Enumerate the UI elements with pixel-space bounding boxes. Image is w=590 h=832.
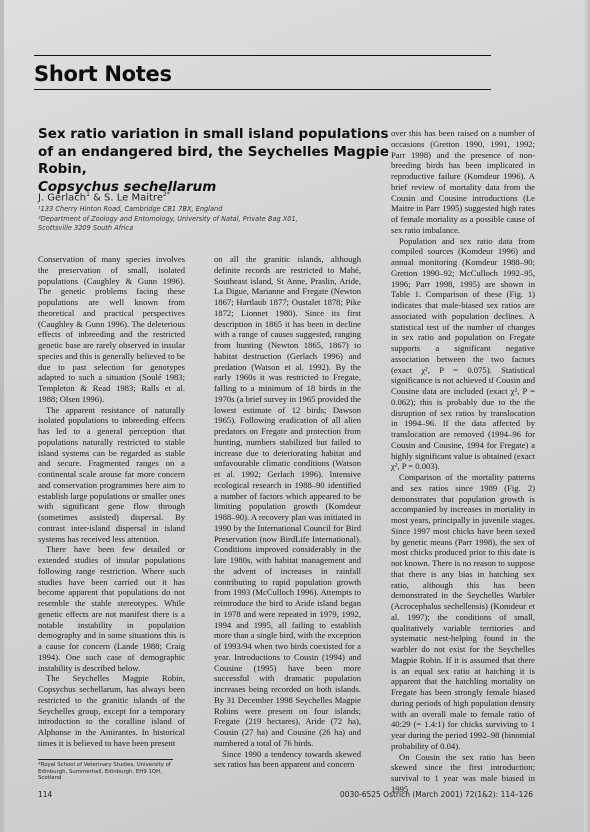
paragraph: Comparison of the mortality patterns and… xyxy=(391,472,535,752)
footnote: *Royal School of Veterinary Studies, Uni… xyxy=(38,762,183,782)
affiliation-line: Scottsville 3209 South Africa xyxy=(38,224,368,234)
affiliation-line: ²Department of Zoology and Entomology, U… xyxy=(38,215,368,225)
page-edge-right xyxy=(584,0,590,832)
author-separator: & xyxy=(90,192,104,203)
page-number: 114 xyxy=(38,790,52,799)
paragraph: On Cousin the sex ratio has been skewed … xyxy=(391,752,535,795)
body-column-2: on all the granitic islands, although de… xyxy=(214,254,361,770)
paragraph: The Seychelles Magpie Robin, Copsychus s… xyxy=(38,673,185,748)
paragraph: over this has been raised on a number of… xyxy=(391,128,535,236)
affiliation-line: ¹133 Cherry Hinton Road, Cambridge CB1 7… xyxy=(38,205,368,215)
paragraph: on all the granitic islands, although de… xyxy=(214,254,361,749)
footnote-rule xyxy=(38,759,173,760)
author-name: S. Le Maitre xyxy=(104,192,163,203)
paragraph: The apparent resistance of naturally iso… xyxy=(38,405,185,545)
author-marker: 2* xyxy=(163,191,170,198)
article-title-text: Sex ratio variation in small island popu… xyxy=(38,126,389,177)
author-name: J. Gerlach xyxy=(38,192,86,203)
body-column-3: over this has been raised on a number of… xyxy=(391,128,535,795)
article-title: Sex ratio variation in small island popu… xyxy=(38,126,398,196)
paragraph: Conservation of many species involves th… xyxy=(38,254,185,405)
paragraph: Population and sex ratio data from compi… xyxy=(391,236,535,473)
journal-reference: 0030-6525 Ostrich (March 2001) 72(1&2): … xyxy=(338,790,533,799)
body-column-1: Conservation of many species involves th… xyxy=(38,254,185,749)
paragraph: There have been few detailed or extended… xyxy=(38,544,185,673)
section-title: Short Notes xyxy=(34,62,172,86)
affiliations: ¹133 Cherry Hinton Road, Cambridge CB1 7… xyxy=(38,205,368,234)
page-edge-left xyxy=(0,0,4,832)
header-rule-top xyxy=(34,55,491,56)
header-rule-bottom xyxy=(34,89,491,90)
paragraph: Since 1990 a tendency towards skewed sex… xyxy=(214,749,361,771)
author-line: J. Gerlach1 & S. Le Maitre2* xyxy=(38,191,170,203)
